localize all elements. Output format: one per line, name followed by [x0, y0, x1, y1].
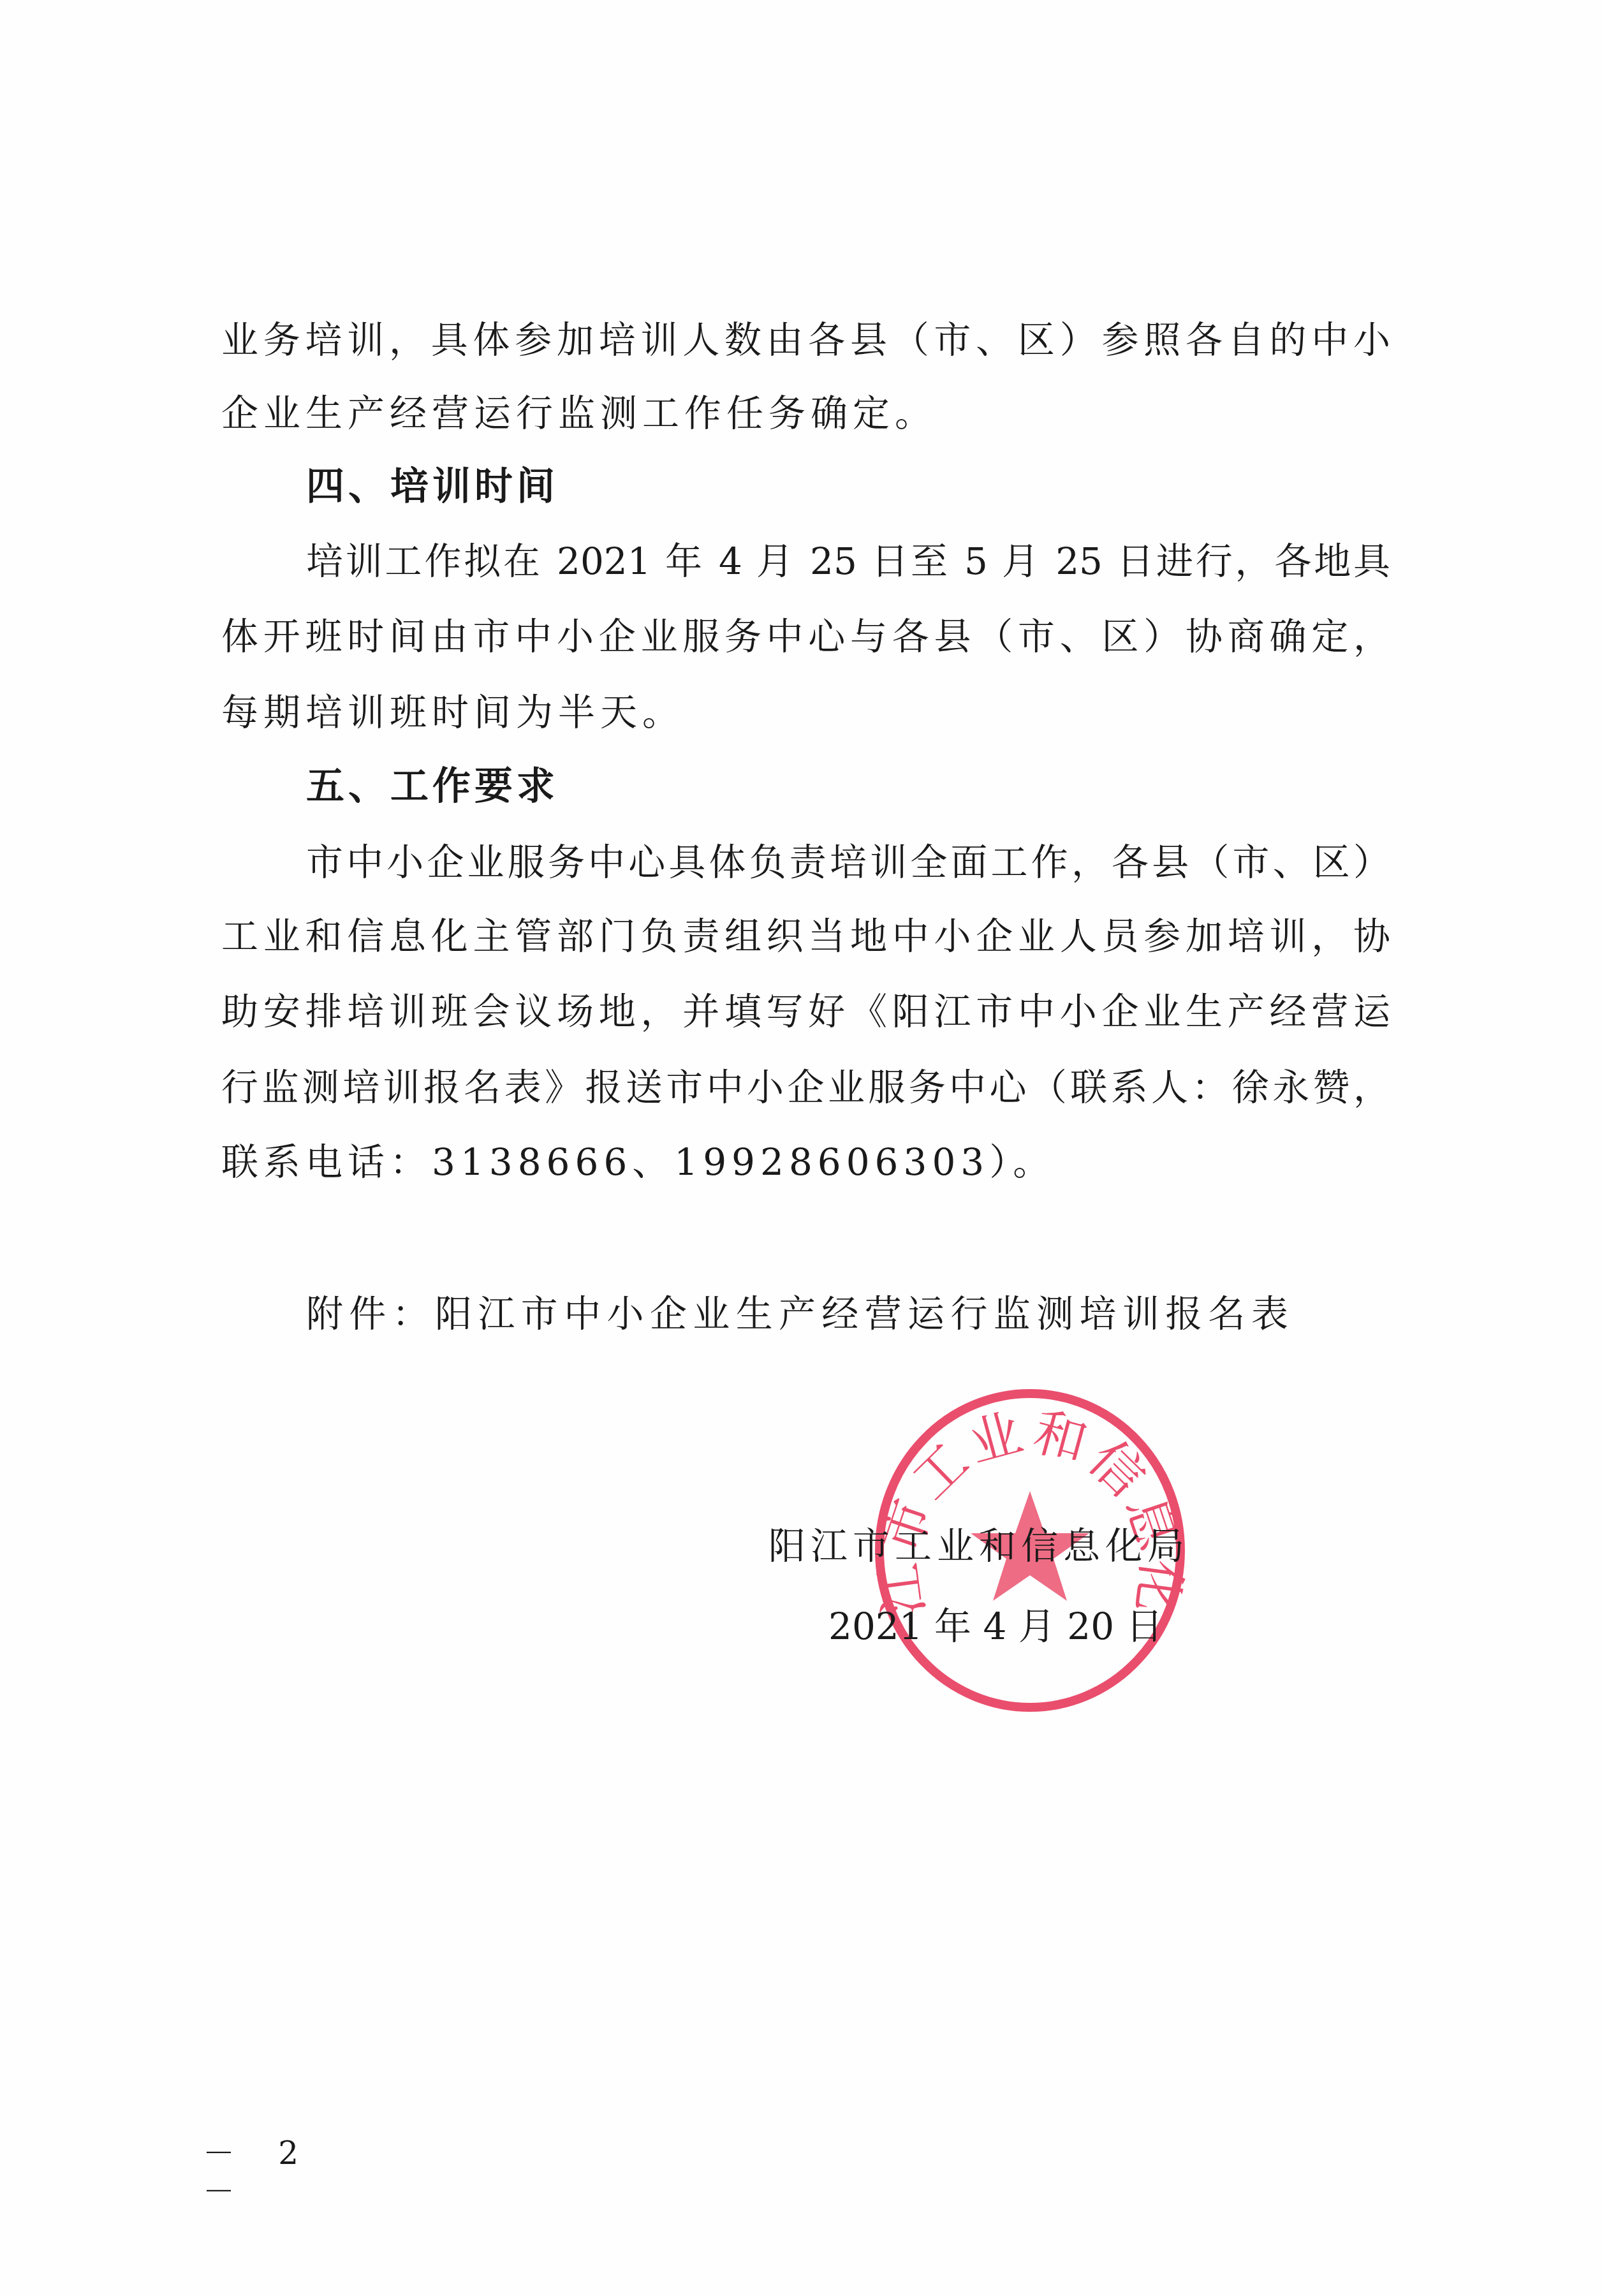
body-line: 工业和信息化主管部门负责组织当地中小企业人员参加培训，协 — [221, 911, 1390, 962]
body-line: 体开班时间由市中小企业服务中心与各县（市、区）协商确定， — [221, 611, 1390, 662]
body-line: 企业生产经营运行监测工作任务确定。 — [221, 388, 1390, 439]
body-line: 培训工作拟在 2021 年 4 月 25 日至 5 月 25 日进行，各地具 — [306, 536, 1390, 587]
document-page: 业务培训，具体参加培训人数由各县（市、区）参照各自的中小 企业生产经营运行监测工… — [0, 0, 1602, 2296]
section-heading-training-time: 四、培训时间 — [306, 461, 559, 512]
section-heading-work-requirements: 五、工作要求 — [306, 761, 559, 812]
page-number: － 2 － — [203, 2134, 298, 2172]
body-line: 行监测培训报名表》报送市中小企业服务中心（联系人：徐永赞， — [221, 1062, 1390, 1113]
body-line: 助安排培训班会议场地，并填写好《阳江市中小企业生产经营运 — [221, 986, 1390, 1037]
body-line: 业务培训，具体参加培训人数由各县（市、区）参照各自的中小 — [221, 314, 1390, 365]
body-line: 联系电话：3138666、19928606303）。 — [221, 1137, 1390, 1188]
body-line: 每期培训班时间为半天。 — [221, 687, 1390, 738]
attachment-line: 附件：阳江市中小企业生产经营运行监测培训报名表 — [306, 1288, 1288, 1339]
signature-organization: 阳江市工业和信息化局 — [768, 1520, 1184, 1571]
signature-date: 2021 年 4 月 20 日 — [828, 1601, 1149, 1652]
body-line: 市中小企业服务中心具体负责培训全面工作，各县（市、区） — [306, 837, 1390, 888]
